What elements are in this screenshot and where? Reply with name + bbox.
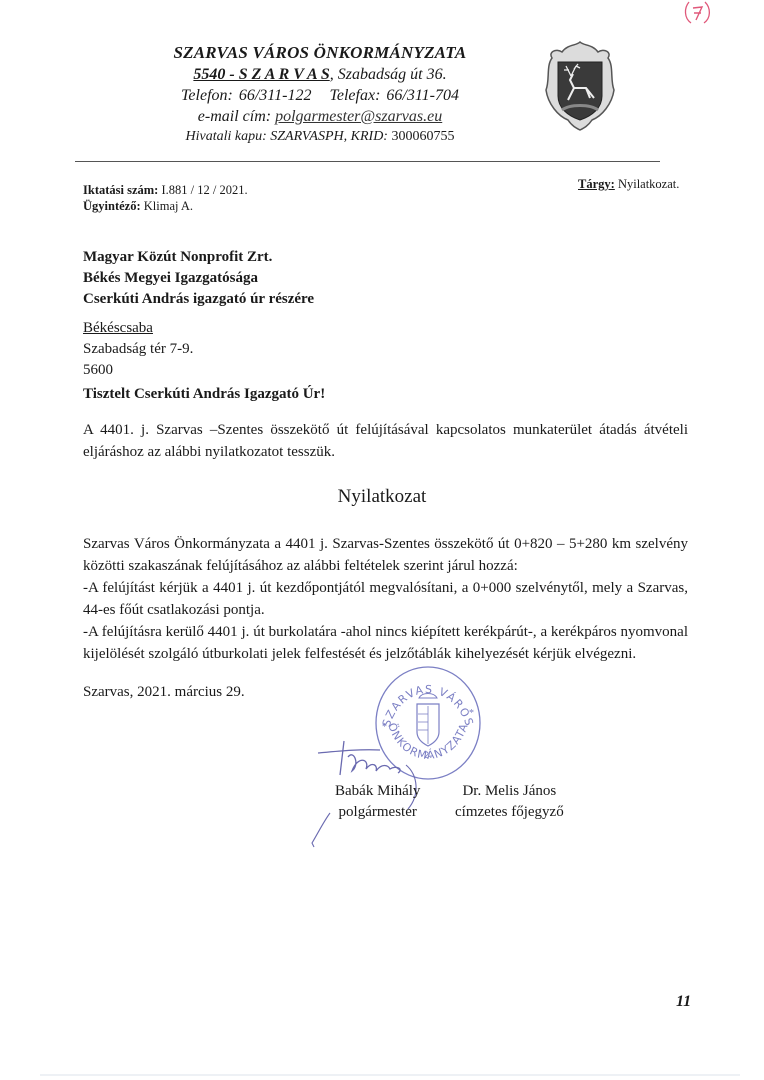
case-officer: Ügyintéző: Klimaj A. bbox=[83, 198, 248, 214]
intro-paragraph: A 4401. j. Szarvas –Szentes összekötő út… bbox=[83, 419, 688, 463]
registration-number: Iktatási szám: I.881 / 12 / 2021. bbox=[83, 182, 248, 198]
phone-fax-line: Telefon: 66/311-122 Telefax: 66/311-704 bbox=[150, 85, 490, 106]
email-link[interactable]: polgarmester@szarvas.eu bbox=[275, 108, 442, 125]
signatory-notary: Dr. Melis János címzetes főjegyző bbox=[455, 781, 564, 823]
page-edge-shadow bbox=[40, 1074, 740, 1076]
svg-text:*: * bbox=[469, 708, 474, 719]
subject-line: Tárgy: Nyilatkozat. bbox=[578, 177, 679, 192]
reference-block: Iktatási szám: I.881 / 12 / 2021. Ügyint… bbox=[83, 182, 248, 214]
deer-coat-of-arms-icon bbox=[540, 40, 620, 132]
addressee-block: Magyar Közút Nonprofit Zrt. Békés Megyei… bbox=[83, 247, 314, 310]
addressee-address: Békéscsaba Szabadság tér 7-9. 5600 bbox=[83, 318, 193, 381]
letterhead: SZARVAS VÁROS ÖNKORMÁNYZATA 5540 - S Z A… bbox=[150, 42, 490, 147]
salutation: Tisztelt Cserkúti András Igazgató Úr! bbox=[83, 386, 325, 403]
email-line: e-mail cím: polgarmester@szarvas.eu bbox=[150, 106, 490, 127]
municipality-address: 5540 - S Z A R V A S, Szabadság út 36. bbox=[150, 64, 490, 85]
page-number: 11 bbox=[676, 993, 691, 1011]
gateway-line: Hivatali kapu: SZARVASPH, KRID: 30006075… bbox=[150, 127, 490, 147]
municipality-title: SZARVAS VÁROS ÖNKORMÁNYZATA bbox=[150, 42, 490, 64]
svg-text:*: * bbox=[382, 722, 387, 733]
statement-body: Szarvas Város Önkormányzata a 4401 j. Sz… bbox=[83, 533, 688, 665]
handwritten-page-mark bbox=[683, 0, 713, 26]
document-heading: Nyilatkozat bbox=[0, 486, 764, 508]
date-line: Szarvas, 2021. március 29. bbox=[83, 684, 245, 701]
letterhead-divider bbox=[75, 161, 660, 162]
signatory-mayor: Babák Mihály polgármester bbox=[335, 781, 420, 823]
